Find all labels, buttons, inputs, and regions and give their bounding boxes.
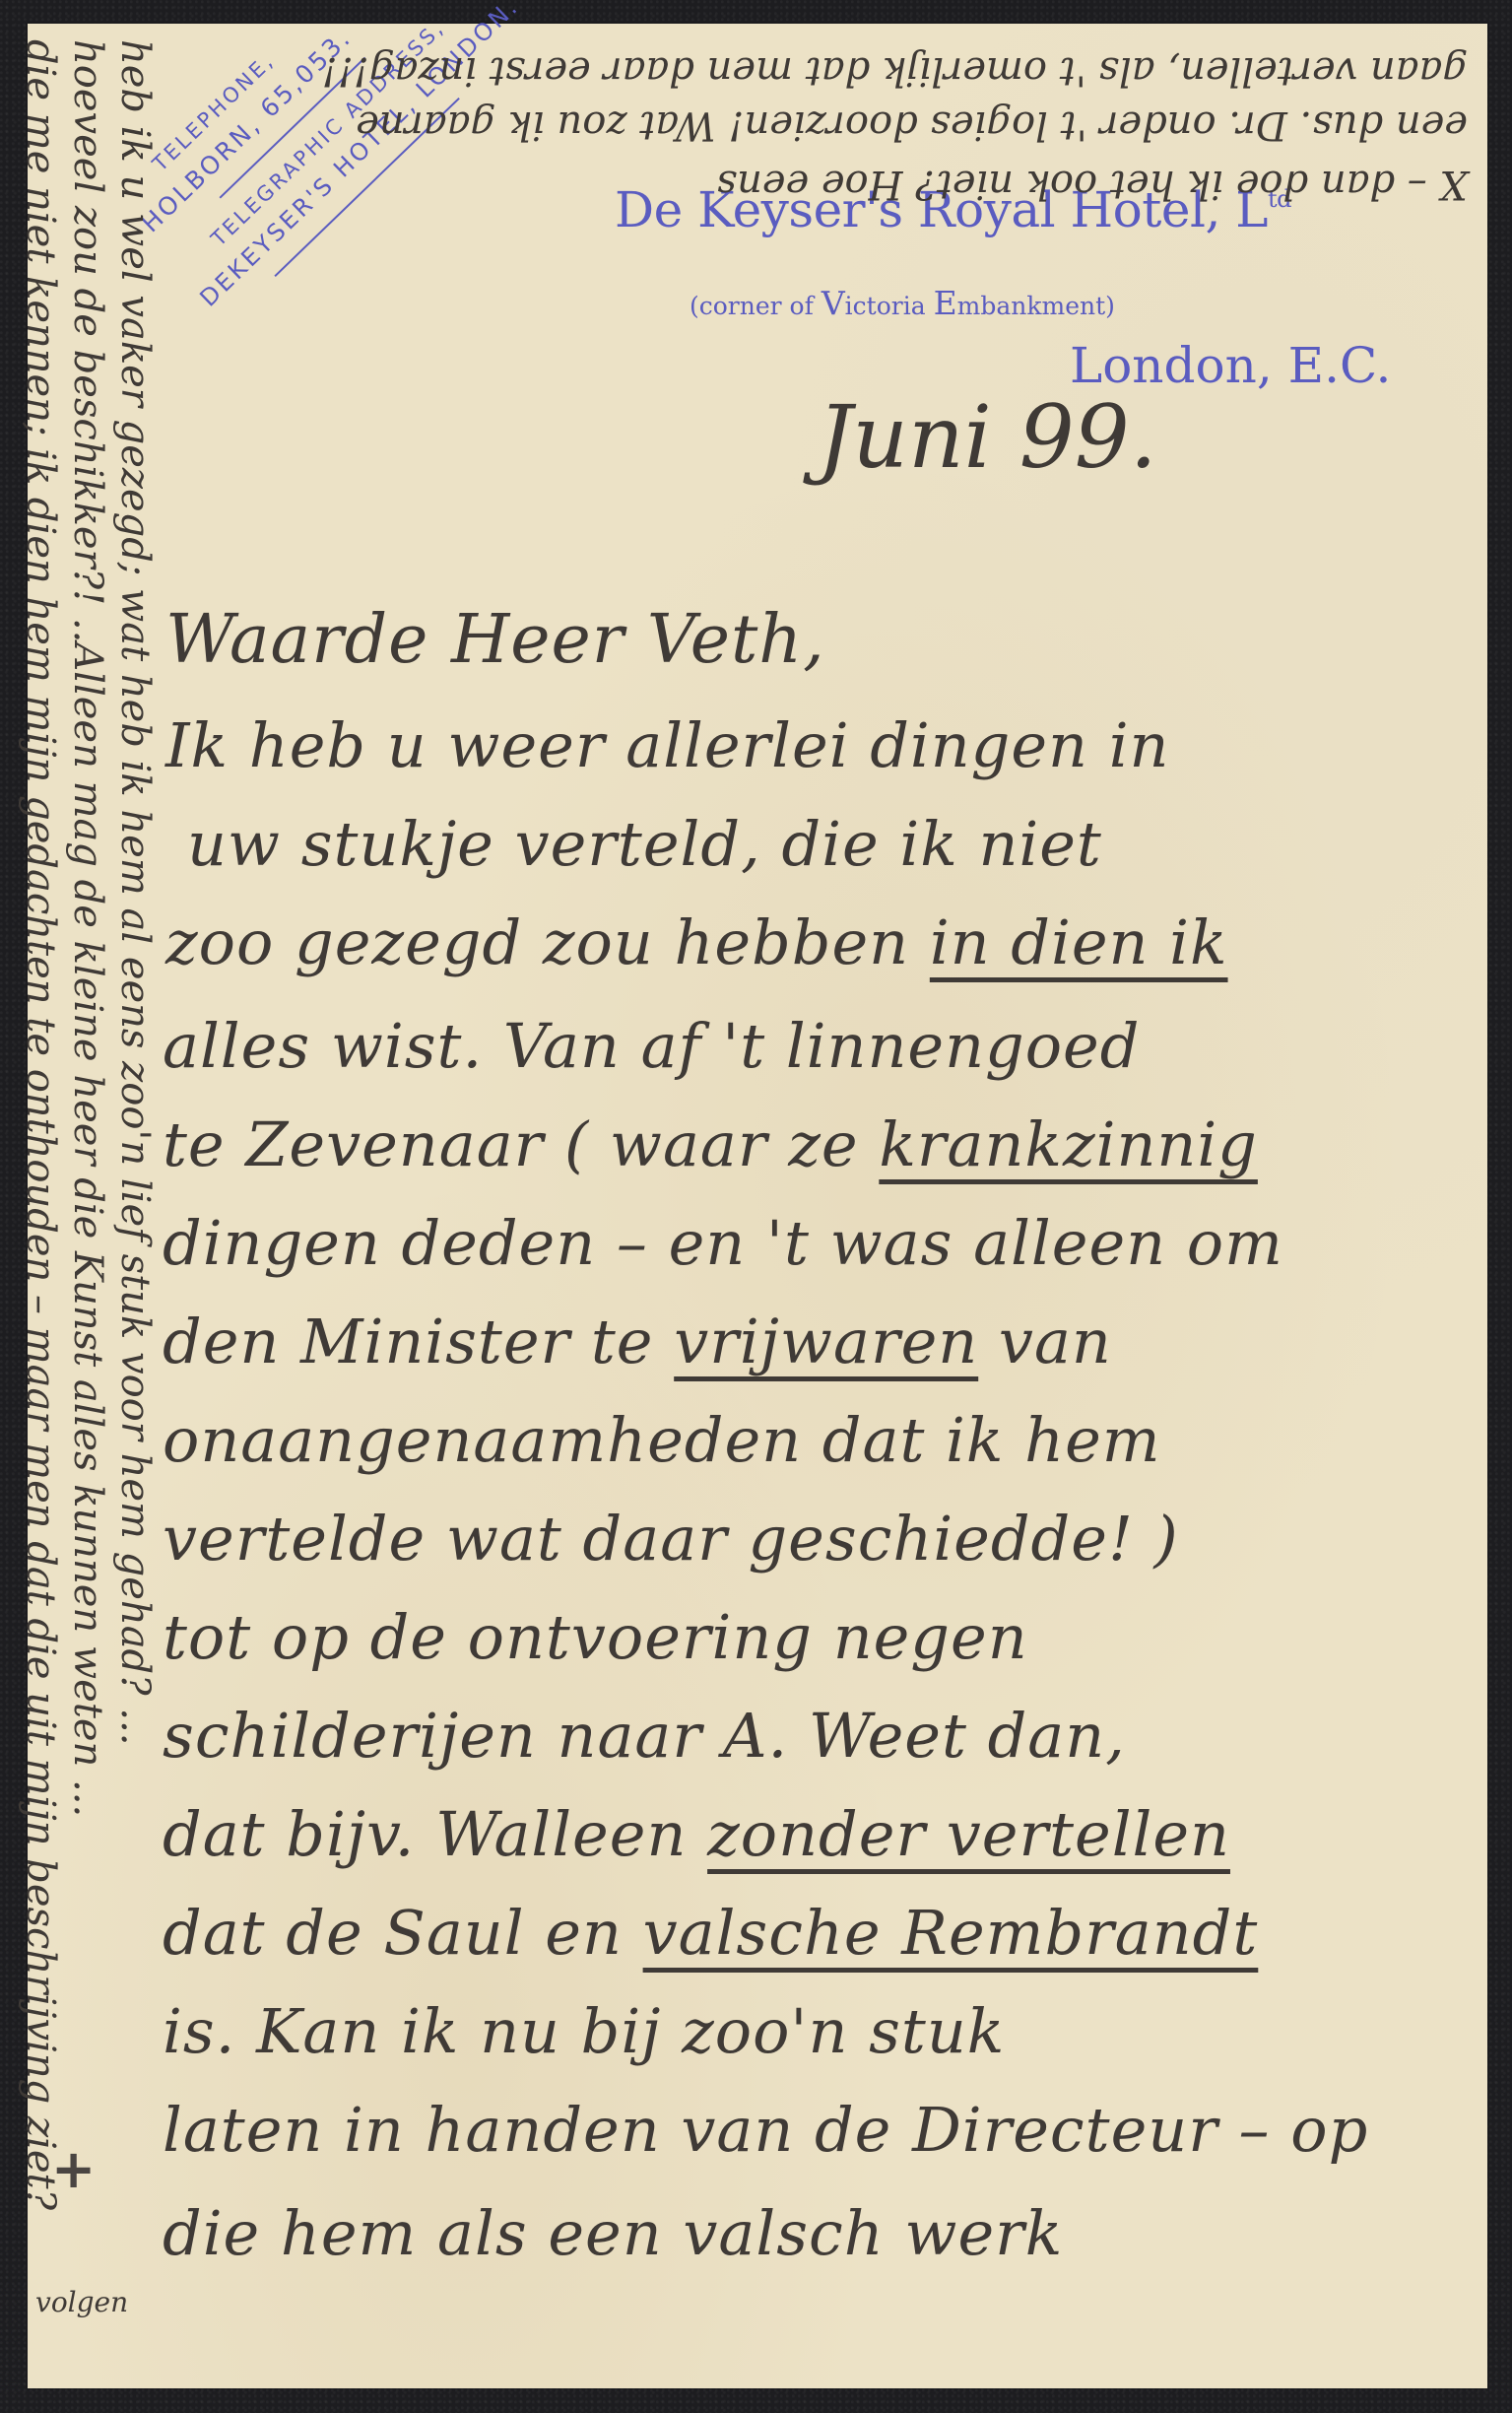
body-line: zoo gezegd zou hebben in dien ik [165,906,1228,978]
margin-note-line: die me niet kennen; ik dien hem mijn ged… [18,39,63,2210]
body-line: schilderijen naar A. Weet dan, [163,1700,1126,1772]
continues-note: volgen [35,2286,128,2318]
salutation: Waarde Heer Veth, [165,601,825,679]
body-line: te Zevenaar ( waar ze krankzinnig [163,1108,1258,1180]
body-line: vertelde wat daar geschiedde! ) [163,1503,1179,1575]
body-line: tot op de ontvoering negen [163,1601,1028,1673]
postscript-line: X – dan doe ik het ook niet? Hoe eens [717,162,1468,207]
body-line: dingen deden – en 't was alleen om [163,1207,1283,1279]
body-line: dat de Saul en valsche Rembrandt [163,1897,1258,1969]
body-line: onaangenaamheden dat ik hem [163,1404,1161,1476]
postscript-line: een dus. Dr. onder 't logies doorzien! W… [356,102,1468,148]
postscript-line: gaan vertellen, als 't omerlijk dat men … [322,48,1468,94]
body-line: Ik heb u weer allerlei dingen in [165,709,1169,781]
margin-note-line: heb ik u wel vaker gezegd; wat heb ik he… [112,39,158,1745]
cross-mark: + [51,2138,96,2200]
body-line: alles wist. Van af 't linnengoed [163,1010,1140,1082]
body-line: is. Kan ik nu bij zoo'n stuk [163,1995,1005,2067]
body-line: die hem als een valsch werk [163,2197,1063,2269]
body-line: den Minister te vrijwaren van [163,1306,1112,1377]
letterhead-location: (corner of Victoria Embankment) [690,284,1115,322]
body-line: uw stukje verteld, die ik niet [187,808,1102,880]
margin-note-line: hoeveel zou de beschikker?! ..Alleen mag… [65,39,110,1817]
body-line: laten in handen van de Directeur – op [163,2094,1368,2166]
body-line: dat bijv. Walleen zonder vertellen [163,1798,1230,1870]
letter-date: Juni 99. [818,386,1157,488]
